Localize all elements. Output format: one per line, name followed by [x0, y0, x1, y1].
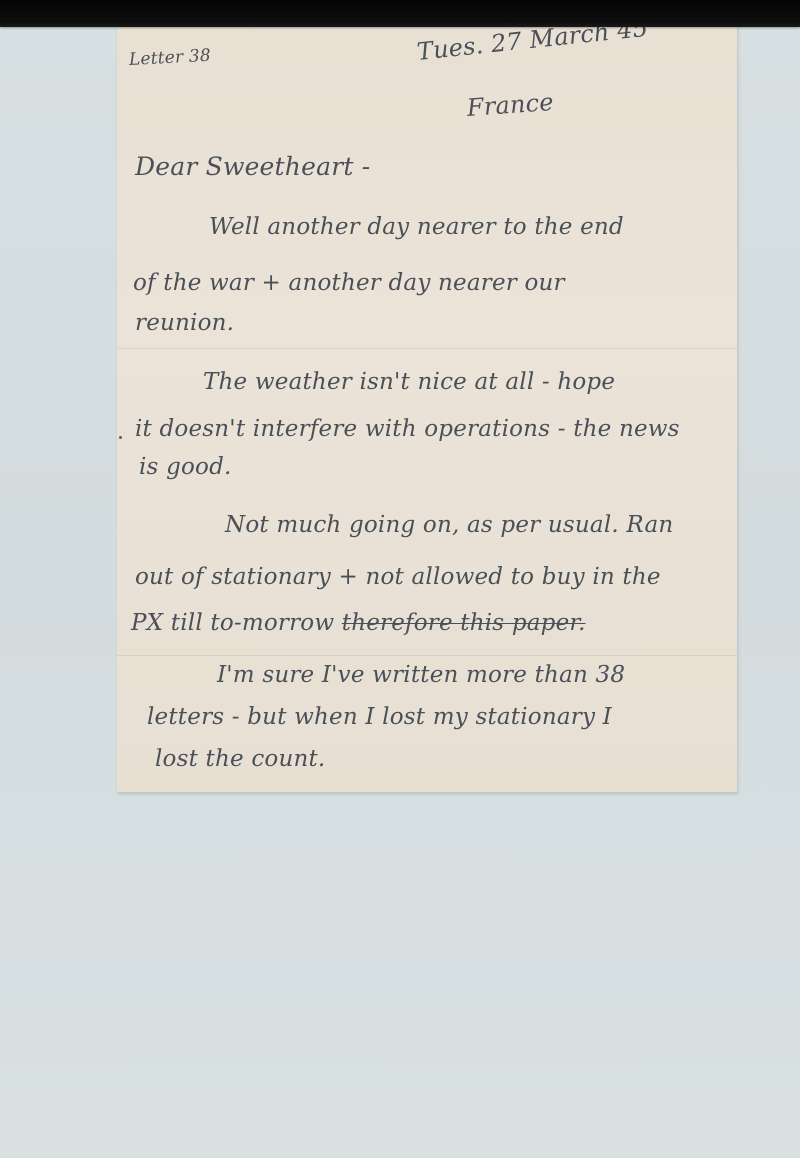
letter-line: Not much going on, as per usual. Ran: [225, 512, 673, 538]
letter-line-group: PX till to-morrow therefore this paper.: [131, 610, 586, 636]
scanner-top-bar: [0, 0, 800, 27]
letter-line: The weather isn't nice at all - hope: [203, 369, 615, 395]
letter-line: it doesn't interfere with operations - t…: [135, 416, 680, 442]
letter-line: letters - but when I lost my stationary …: [147, 704, 612, 730]
letter-line: reunion.: [135, 310, 234, 336]
letter-line: is good.: [139, 454, 232, 480]
letter-line: PX till to-morrow: [131, 610, 334, 636]
letter-line-struck: therefore this paper.: [342, 610, 586, 636]
salutation: Dear Sweetheart -: [135, 152, 370, 181]
letter-sheet: Letter 38 Tues. 27 March 45 France Dear …: [117, 24, 737, 792]
ink-dot: [119, 436, 122, 439]
fold-line: [117, 348, 737, 350]
letter-line: Well another day nearer to the end: [209, 214, 624, 240]
letter-number-label: Letter 38: [128, 46, 211, 70]
letter-line: of the war + another day nearer our: [133, 270, 565, 296]
letter-line: I'm sure I've written more than 38: [217, 662, 625, 688]
letter-line: lost the count.: [155, 746, 325, 772]
fold-line: [117, 655, 737, 657]
letter-place: France: [466, 88, 554, 122]
letter-line: out of stationary + not allowed to buy i…: [135, 564, 661, 590]
